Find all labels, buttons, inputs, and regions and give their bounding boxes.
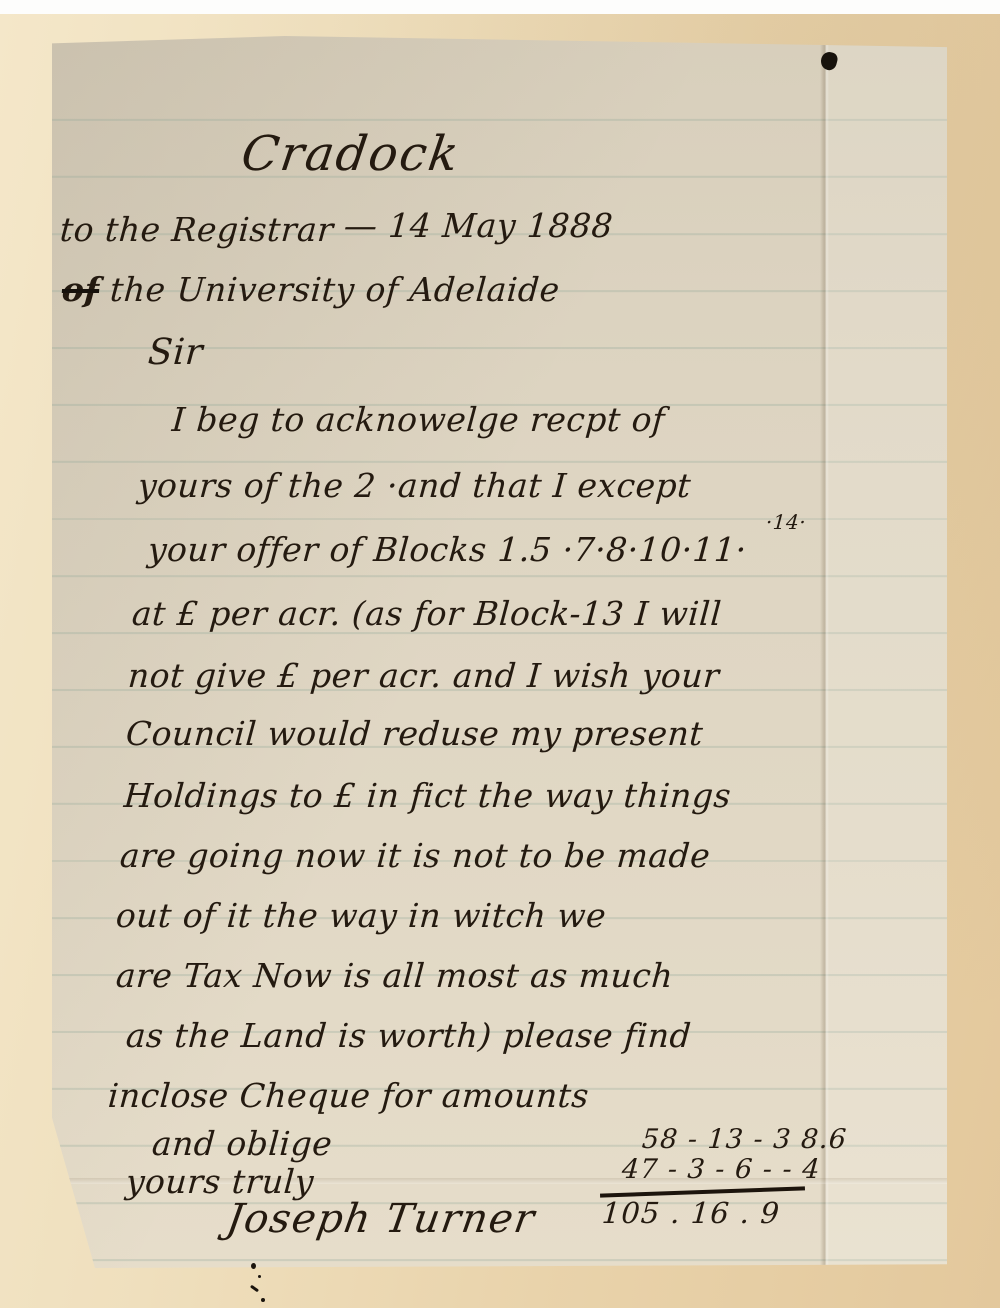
scanned-letter-page: Cradock to the Registrar — 14 May 1888 o… bbox=[0, 0, 1000, 1308]
place-heading: Cradock bbox=[238, 126, 464, 182]
body-line: your offer of Blocks 1.5 ·7·8·10·11· bbox=[147, 530, 748, 569]
body-line: not give £ per acr. and I wish your bbox=[127, 656, 721, 695]
date-line: — 14 May 1888 bbox=[343, 206, 615, 245]
amount-entry: 58 - 13 - 3 8.6 bbox=[641, 1124, 848, 1155]
body-line: as the Land is worth) please find bbox=[125, 1016, 693, 1055]
vertical-fold-crease bbox=[820, 36, 829, 1268]
body-line: I beg to acknowelge recpt of bbox=[171, 400, 667, 439]
body-line: yours of the 2 ·and that I except bbox=[137, 466, 693, 505]
closing-line: and oblige bbox=[151, 1124, 334, 1163]
letter-sheet: Cradock to the Registrar — 14 May 1888 o… bbox=[52, 36, 947, 1268]
body-line: inclose Cheque for amounts bbox=[107, 1076, 591, 1115]
amount-total: 105 . 16 . 9 bbox=[601, 1196, 781, 1230]
body-line: are Tax Now is all most as much bbox=[115, 956, 675, 995]
ink-speck bbox=[258, 1275, 261, 1278]
amount-entry: 47 - 3 - 6 - - 4 bbox=[621, 1154, 822, 1185]
institution-text: the University of Adelaide bbox=[109, 270, 561, 309]
salutation: Sir bbox=[147, 332, 205, 373]
body-line: are going now it is not to be made bbox=[119, 836, 712, 875]
body-line: Holdings to £ in fict the way things bbox=[123, 776, 733, 815]
struck-word: of bbox=[61, 270, 101, 309]
signature: Joseph Turner bbox=[223, 1196, 538, 1242]
ink-speck bbox=[251, 1263, 256, 1269]
body-line: Council would reduse my present bbox=[125, 714, 705, 753]
fold-right-panel bbox=[826, 36, 947, 1268]
institution-line: of the University of Adelaide bbox=[61, 270, 561, 309]
recipient-line: to the Registrar bbox=[59, 210, 335, 249]
body-line: at £ per acr. (as for Block-13 I will bbox=[131, 594, 723, 633]
superscript-block-number: ·14· bbox=[765, 510, 807, 534]
body-line: out of it the way in witch we bbox=[115, 896, 608, 935]
ink-speck bbox=[261, 1298, 265, 1302]
